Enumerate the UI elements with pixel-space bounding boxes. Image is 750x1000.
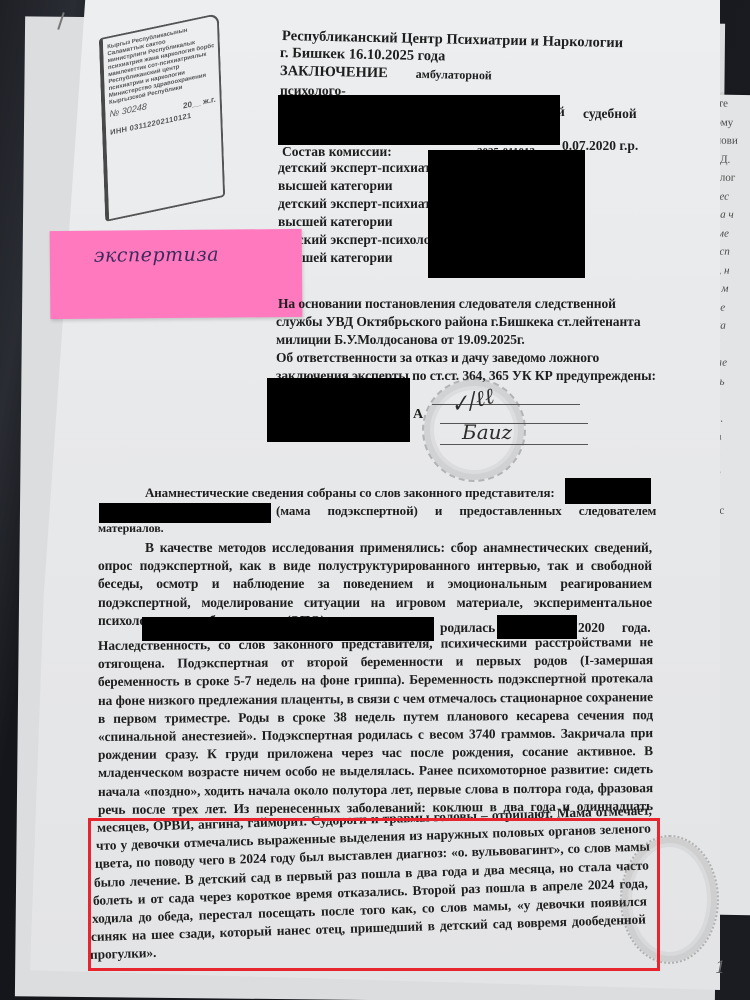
handwritten-signature-2: Бauz [462,420,512,444]
basis-line-3: милиции Б.У.Молдосанова от 19.09.2025г. [276,332,525,348]
official-square-stamp: Кыргыз РеспубликасынынСаламаттык сактоом… [99,13,225,222]
methods-line: опрос подэкспертной, как в виде полустру… [98,558,652,574]
anamnesis-materials: материалов. [98,521,164,536]
signature-line-3 [440,444,588,445]
born-label: родилась [440,620,495,636]
page-number: 1 [715,958,726,978]
redaction-block [565,478,651,504]
basis-line-4: Об ответственности за отказ и дачу завед… [276,350,599,366]
signer-name-tail: А [413,407,423,423]
header-city-date: г. Бишкек 16.10.2025 года [280,45,446,65]
commission-role-1: детский эксперт-психиатр [278,160,439,176]
sticky-note-handwriting: экспертиза [94,244,219,267]
pink-sticky-note: экспертиза [50,229,303,319]
commission-role-2: детский эксперт-психиатр [278,196,439,212]
commission-category-2: высшей категории [278,214,393,230]
methods-line: В качестве методов исследования применял… [145,540,652,556]
redaction-block [267,378,410,442]
basis-line-1: На основании постановления следователя с… [278,296,668,312]
commission-category-1: высшей категории [278,178,393,194]
commission-label: Состав комиссии: [282,144,392,160]
header-line5-end: судебной [583,106,637,122]
methods-line: беседы, осмотр и наблюдение за поведение… [98,576,652,592]
red-highlight-annotation [88,818,660,971]
redaction-block [278,95,560,145]
redaction-block [428,150,585,278]
history-line: на фоне низкого предлежания плаценты, в … [98,689,653,709]
anamnesis-intro: Анамнестические сведения собраны со слов… [145,485,555,501]
redaction-block [99,503,271,523]
anamnesis-source: (мама подэкспертной) и предоставленных с… [276,503,656,519]
history-line: начала «поздно», ходить начала около пол… [98,780,653,800]
basis-line-2: службы УВД Октябрьского района г.Бишкека… [276,314,640,330]
methods-line: подэкспертной, моделирование ситуации на… [98,595,652,611]
commission-role-3: детский эксперт-психолог [278,232,437,248]
